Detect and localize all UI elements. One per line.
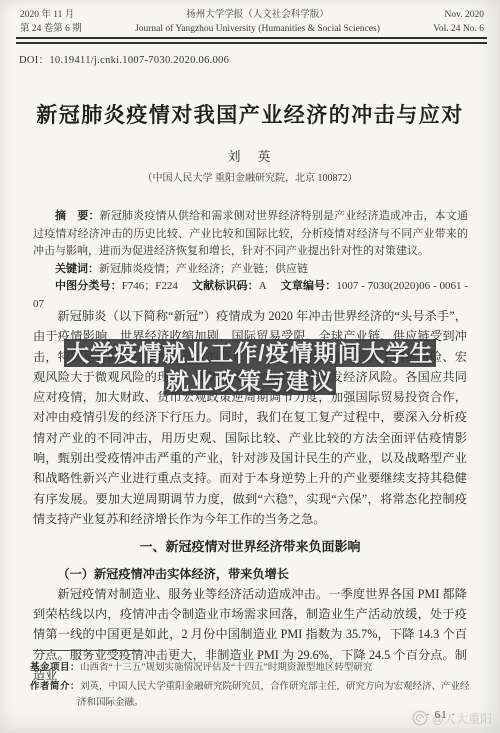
clc-value: F746；F224 — [122, 280, 178, 292]
keywords-line: 关键词：新冠肺炎疫情；产业经济；产业链；供应链 — [33, 261, 468, 279]
keywords-label: 关键词： — [55, 263, 99, 275]
author-affiliation: （中国人民大学 重阳金融研究院，北京 100872） — [0, 169, 500, 184]
journal-name-en: Journal of Yangzhou University (Humaniti… — [82, 22, 433, 36]
clc-label: 中图分类号： — [55, 280, 122, 292]
caption-watermark-line2: 就业政策与建议 — [164, 367, 336, 395]
header-volume-cn: 第 24 卷第 6 期 — [20, 22, 82, 36]
keywords-text: 新冠肺炎疫情；产业经济；产业链；供应链 — [99, 263, 308, 275]
header-volume-en: Vol. 24 No. 6 — [433, 22, 484, 36]
journal-header: 2020 年 11 月 第 24 卷第 6 期 扬州大学学报（人文社会科学版） … — [20, 8, 484, 36]
doc-code-value: A — [259, 280, 267, 292]
author-bio-label: 作者简介： — [30, 682, 80, 692]
header-issue-info-en: Nov. 2020 Vol. 24 No. 6 — [433, 8, 484, 36]
doi-line: DOI：10.19411/j.cnki.1007-7030.2020.06.00… — [19, 52, 229, 67]
journal-name-cn: 扬州大学学报（人文社会科学版） — [82, 8, 433, 22]
fund-project-line: 基金项目：山西省“十三五”规划实施情况评估及“十四五”时期资源型地区转型研究 — [30, 660, 472, 676]
article-title: 新冠肺炎疫情对我国产业经济的冲击与应对 — [0, 99, 500, 129]
doc-code-label: 文献标识码： — [192, 280, 259, 292]
footnote-rule — [33, 650, 141, 651]
subsection-heading-1-1: （一）新冠疫情冲击实体经济，带来负增长 — [33, 564, 467, 584]
author-bio-line: 作者简介：刘英，中国人民大学重阳金融研究院研究员，合作研究部主任，研究方向为宏观… — [30, 679, 472, 711]
clc-pair: 中图分类号：F746；F224 — [55, 280, 178, 292]
journal-page: 2020 年 11 月 第 24 卷第 6 期 扬州大学学报（人文社会科学版） … — [0, 0, 500, 733]
page-number: · 61 · — [426, 709, 456, 721]
article-id-label: 文章编号： — [281, 280, 337, 292]
header-issue-info: 2020 年 11 月 第 24 卷第 6 期 — [20, 8, 82, 36]
doc-code-pair: 文献标识码：A — [192, 280, 267, 292]
abstract-label: 摘 要： — [55, 210, 100, 222]
caption-watermark-line1: 大学疫情就业工作/疫情期间大学生 — [64, 339, 436, 367]
footnote-block: 基金项目：山西省“十三五”规划实施情况评估及“十四五”时期资源型地区转型研究 作… — [30, 660, 472, 714]
caption-watermark-overlay: 大学疫情就业工作/疫情期间大学生 就业政策与建议 — [0, 339, 500, 395]
author-bio-text: 刘英，中国人民大学重阳金融研究院研究员，合作研究部主任，研究方向为宏观经济、产业… — [77, 682, 470, 708]
abstract-paragraph: 摘 要：新冠肺炎疫情从供给和需求侧对世界经济特别是产业经济造成冲击，本文通过疫情… — [33, 208, 468, 261]
header-journal-name: 扬州大学学报（人文社会科学版） Journal of Yangzhou Univ… — [82, 8, 433, 36]
header-date-cn: 2020 年 11 月 — [20, 8, 82, 22]
header-date-en: Nov. 2020 — [433, 8, 484, 22]
abstract-block: 摘 要：新冠肺炎疫情从供给和需求侧对世界经济特别是产业经济造成冲击，本文通过疫情… — [33, 208, 468, 313]
section-heading-1: 一、新冠疫情对世界经济带来负面影响 — [33, 537, 467, 557]
header-double-rule — [16, 37, 487, 44]
fund-project-label: 基金项目： — [30, 663, 80, 673]
author-name: 刘 英 — [0, 146, 500, 165]
fund-project-text: 山西省“十三五”规划实施情况评估及“十四五”时期资源型地区转型研究 — [80, 663, 372, 673]
